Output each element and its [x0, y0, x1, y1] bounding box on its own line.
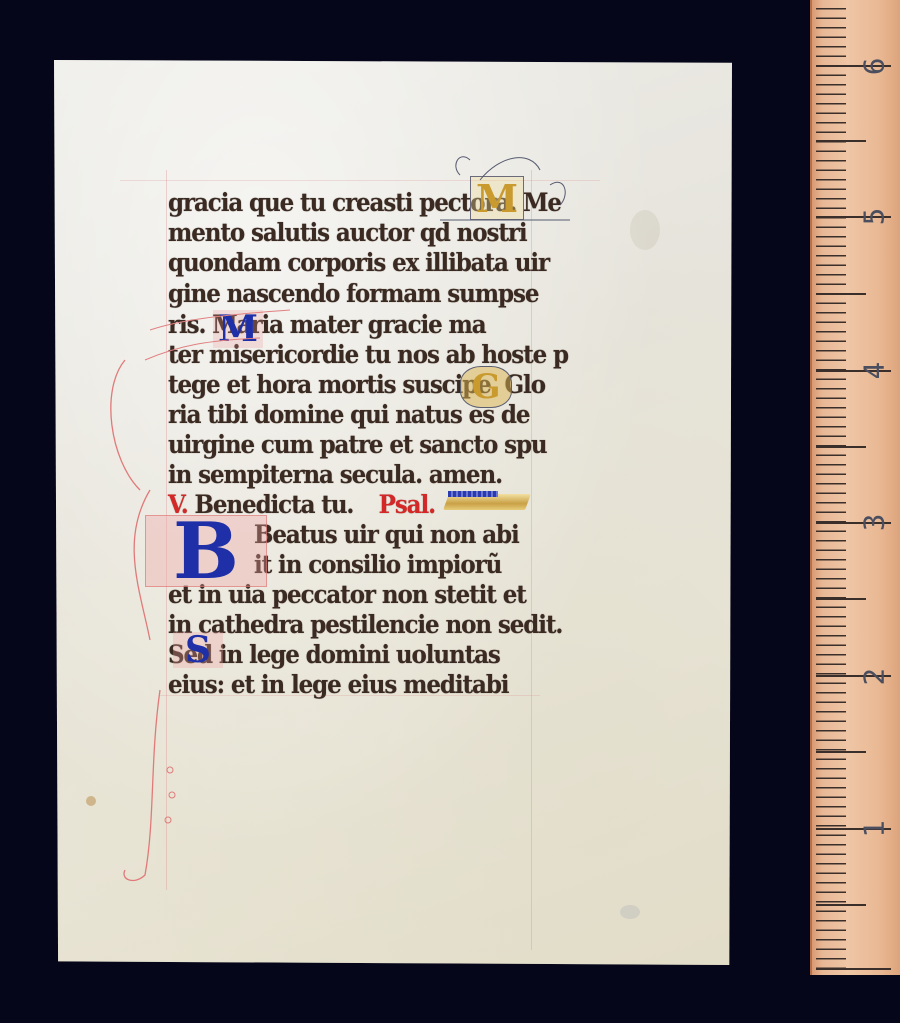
- psalm-rubric: Psal.: [379, 490, 435, 519]
- text-line: in sempiterna secula. amen.: [168, 460, 502, 489]
- ruler-label: 3: [858, 505, 891, 541]
- text-line: quondam corporis ex illibata uir: [168, 248, 549, 277]
- foxing-stain: [630, 210, 660, 250]
- ruler-minor-ticks: [816, 0, 846, 975]
- ruler-label: 5: [858, 199, 891, 235]
- pen-flourish-icon: [420, 145, 580, 235]
- text-line: uirgine cum patre et sancto spu: [168, 430, 547, 459]
- ruler-label: 1: [858, 811, 891, 847]
- gold-initial-g: G: [460, 366, 512, 408]
- text-line: eius: et in lege eius meditabi: [168, 670, 508, 699]
- ruler-label: 4: [858, 353, 891, 389]
- ruler-label: 6: [858, 49, 891, 85]
- text-line: in cathedra pestilencie non sedit.: [168, 610, 562, 639]
- ruler-label: 2: [858, 659, 891, 695]
- blue-line-filler: [448, 491, 498, 497]
- foxing-stain: [620, 905, 640, 919]
- red-penwork-border-icon: [80, 340, 200, 890]
- ruler: 6 5 4 3 2 1: [810, 0, 900, 975]
- text-line: it in consilio impiorũ: [254, 550, 501, 579]
- text-line: Beatus uir qui non abi: [254, 520, 519, 549]
